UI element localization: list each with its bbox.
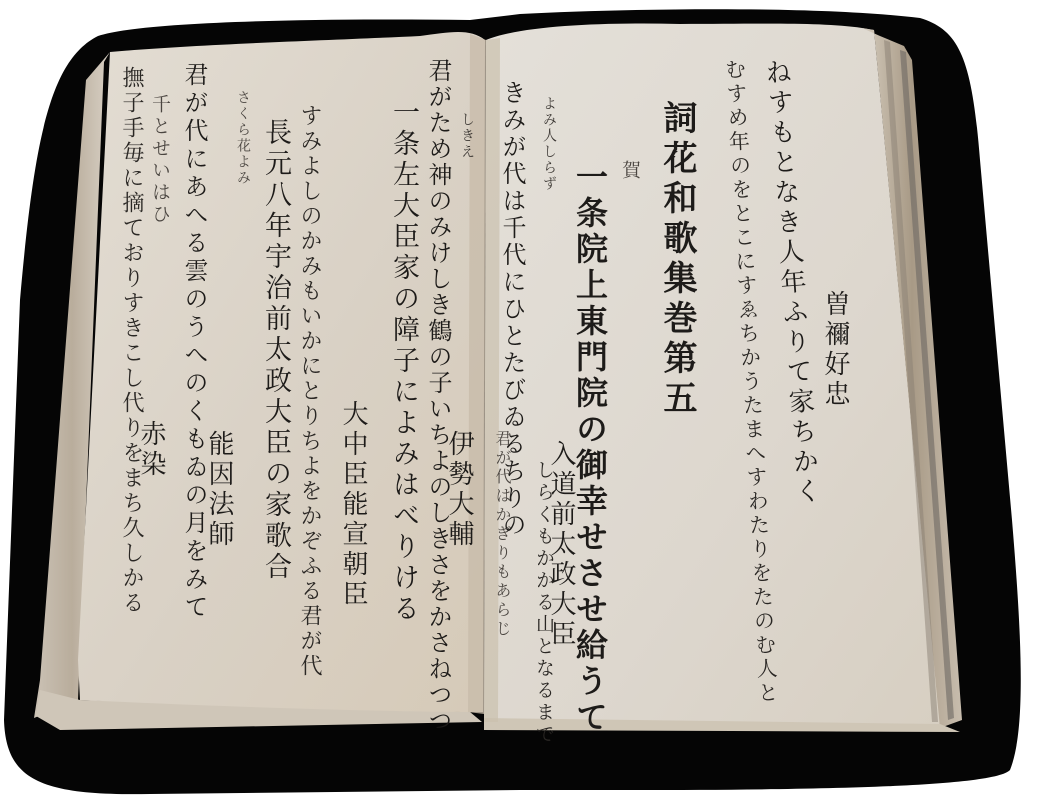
text-column-l4: 一条左大臣家の障子によみはべりける — [390, 98, 417, 625]
text-column-l7: 長元八年宇治前太政大臣の家歌合 — [262, 118, 289, 583]
author-r3: 曽禰好忠 — [822, 290, 848, 410]
section-label: 賀 — [620, 160, 639, 182]
text-column-l2: 君がため神のみけしき鶴の子いちよのしきさをかさねつつ — [426, 58, 450, 734]
author-l8: 能因法師 — [206, 430, 232, 550]
note-l3: しきえ — [460, 112, 474, 160]
manuscript-photo: ねすもとなき人年ふりて家ちかく むすめ年のをとこにすゑちかうたまへすわたりをたの… — [0, 0, 1048, 796]
text-column-r7: しらくもかかる山となるまで — [534, 460, 553, 746]
note-l13: さくら花よみ — [236, 90, 250, 186]
author-l5: 大中臣能宣朝臣 — [340, 400, 366, 610]
text-column-l9: 君が代にあへる雲のうへのくもゐの月をみて — [182, 62, 206, 622]
text-column-l12: 撫子手毎に摘ておりすきこし代りをまち久しかる — [120, 66, 142, 616]
note-r8: よみ人しらず — [542, 96, 556, 192]
book-title: 詞花和歌集巻第五 — [660, 100, 694, 420]
text-column-r4: 一条院上東門院の御幸せさせ給うて — [574, 160, 606, 736]
text-column-l6: すみよしのかみもいかにとりちよをかぞふる君が代 — [298, 104, 320, 679]
text-column-r9: 君が代はかぎりもあらじ — [494, 430, 510, 639]
text-column-l10: 千とせいはひ — [150, 94, 169, 226]
